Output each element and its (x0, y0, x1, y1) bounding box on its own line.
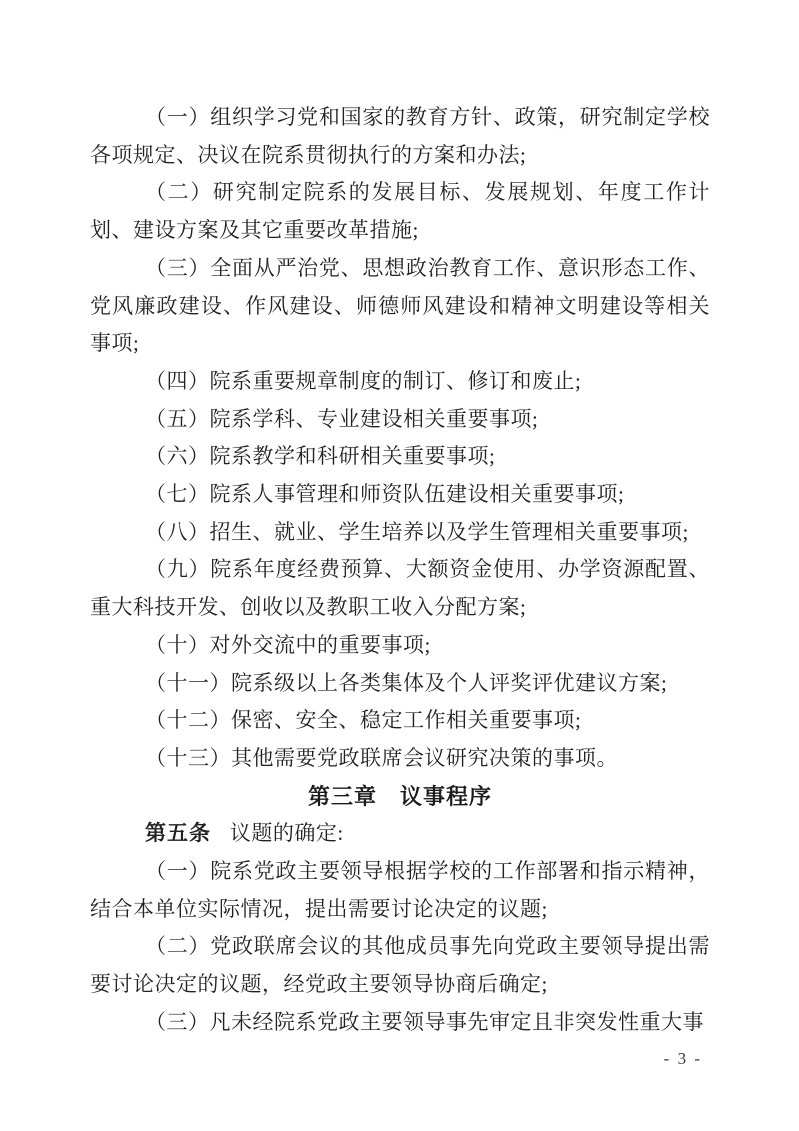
chapter-heading: 第三章 议事程序 (90, 778, 710, 816)
document-body: （一）组织学习党和国家的教育方针、政策，研究制定学校各项规定、决议在院系贯彻执行… (90, 99, 710, 1042)
clause-item-5: （五）院系学科、专业建设相关重要事项; (90, 401, 710, 439)
clause-item-6: （六）院系教学和科研相关重要事项; (90, 438, 710, 476)
clause-item-10: （十）对外交流中的重要事项; (90, 627, 710, 665)
clause-item-9: （九）院系年度经费预算、大额资金使用、办学资源配置、重大科技开发、创收以及教职工… (90, 551, 710, 626)
article-5-item-3: （三）凡未经院系党政主要领导事先审定且非突发性重大事 (90, 1004, 710, 1042)
clause-item-1: （一）组织学习党和国家的教育方针、政策，研究制定学校各项规定、决议在院系贯彻执行… (90, 99, 710, 174)
clause-item-11: （十一）院系级以上各类集体及个人评奖评优建议方案; (90, 665, 710, 703)
clause-item-8: （八）招生、就业、学生培养以及学生管理相关重要事项; (90, 514, 710, 552)
clause-item-2: （二）研究制定院系的发展目标、发展规划、年度工作计划、建设方案及其它重要改革措施… (90, 174, 710, 249)
clause-item-4: （四）院系重要规章制度的制订、修订和废止; (90, 363, 710, 401)
clause-item-3: （三）全面从严治党、思想政治教育工作、意识形态工作、党风廉政建设、作风建设、师德… (90, 250, 710, 363)
document-page: （一）组织学习党和国家的教育方针、政策，研究制定学校各项规定、决议在院系贯彻执行… (0, 0, 799, 1131)
article-5-lead: 第五条议题的确定: (90, 815, 710, 853)
article-5-item-2: （二）党政联席会议的其他成员事先向党政主要领导提出需要讨论决定的议题，经党政主要… (90, 928, 710, 1003)
clause-item-13: （十三）其他需要党政联席会议研究决策的事项。 (90, 740, 710, 778)
article-5-label: 第五条 (145, 821, 211, 845)
article-5-item-1: （一）院系党政主要领导根据学校的工作部署和指示精神，结合本单位实际情况，提出需要… (90, 853, 710, 928)
clause-item-7: （七）院系人事管理和师资队伍建设相关重要事项; (90, 476, 710, 514)
clause-item-12: （十二）保密、安全、稳定工作相关重要事项; (90, 702, 710, 740)
article-5-title: 议题的确定: (230, 821, 344, 845)
page-number: - 3 - (664, 1048, 702, 1070)
